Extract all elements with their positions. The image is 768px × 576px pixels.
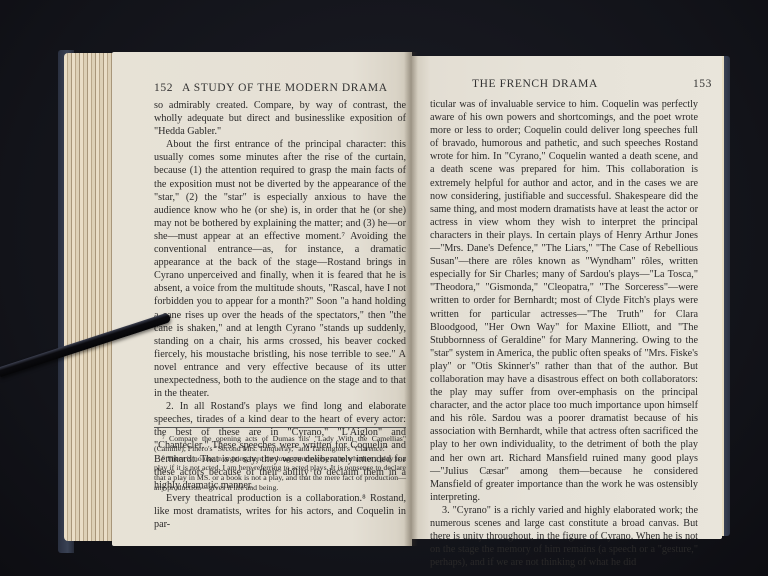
footnote: ⁸ There is no use in arguing here the lo… xyxy=(154,454,406,493)
footnote: ⁷ Compare the opening acts of Dumas fils… xyxy=(154,434,406,454)
right-body-text: ticular was of invaluable service to him… xyxy=(430,98,698,569)
paragraph: Every theatrical production is a collabo… xyxy=(154,492,406,531)
paragraph: so admirably created. Compare, by way of… xyxy=(154,99,406,138)
page-number-right: 153 xyxy=(693,78,712,90)
paragraph: About the first entrance of the principa… xyxy=(154,138,406,400)
page-edges-stack xyxy=(64,53,118,541)
book-gutter xyxy=(404,52,418,546)
footnote-divider xyxy=(154,427,406,428)
left-page: 152 A STUDY OF THE MODERN DRAMA so admir… xyxy=(112,52,412,546)
right-running-title: THE FRENCH DRAMA xyxy=(472,78,598,90)
right-running-head: THE FRENCH DRAMA 153 xyxy=(472,78,712,90)
footnotes: ⁷ Compare the opening acts of Dumas fils… xyxy=(154,434,406,493)
left-running-title: A STUDY OF THE MODERN DRAMA xyxy=(182,82,388,94)
right-page: THE FRENCH DRAMA 153 ticular was of inva… xyxy=(412,56,722,539)
paragraph: ticular was of invaluable service to him… xyxy=(430,98,698,504)
left-running-head: 152 A STUDY OF THE MODERN DRAMA xyxy=(154,82,414,94)
paragraph: 3. "Cyrano" is a richly varied and highl… xyxy=(430,504,698,569)
page-number-left: 152 xyxy=(154,82,182,94)
